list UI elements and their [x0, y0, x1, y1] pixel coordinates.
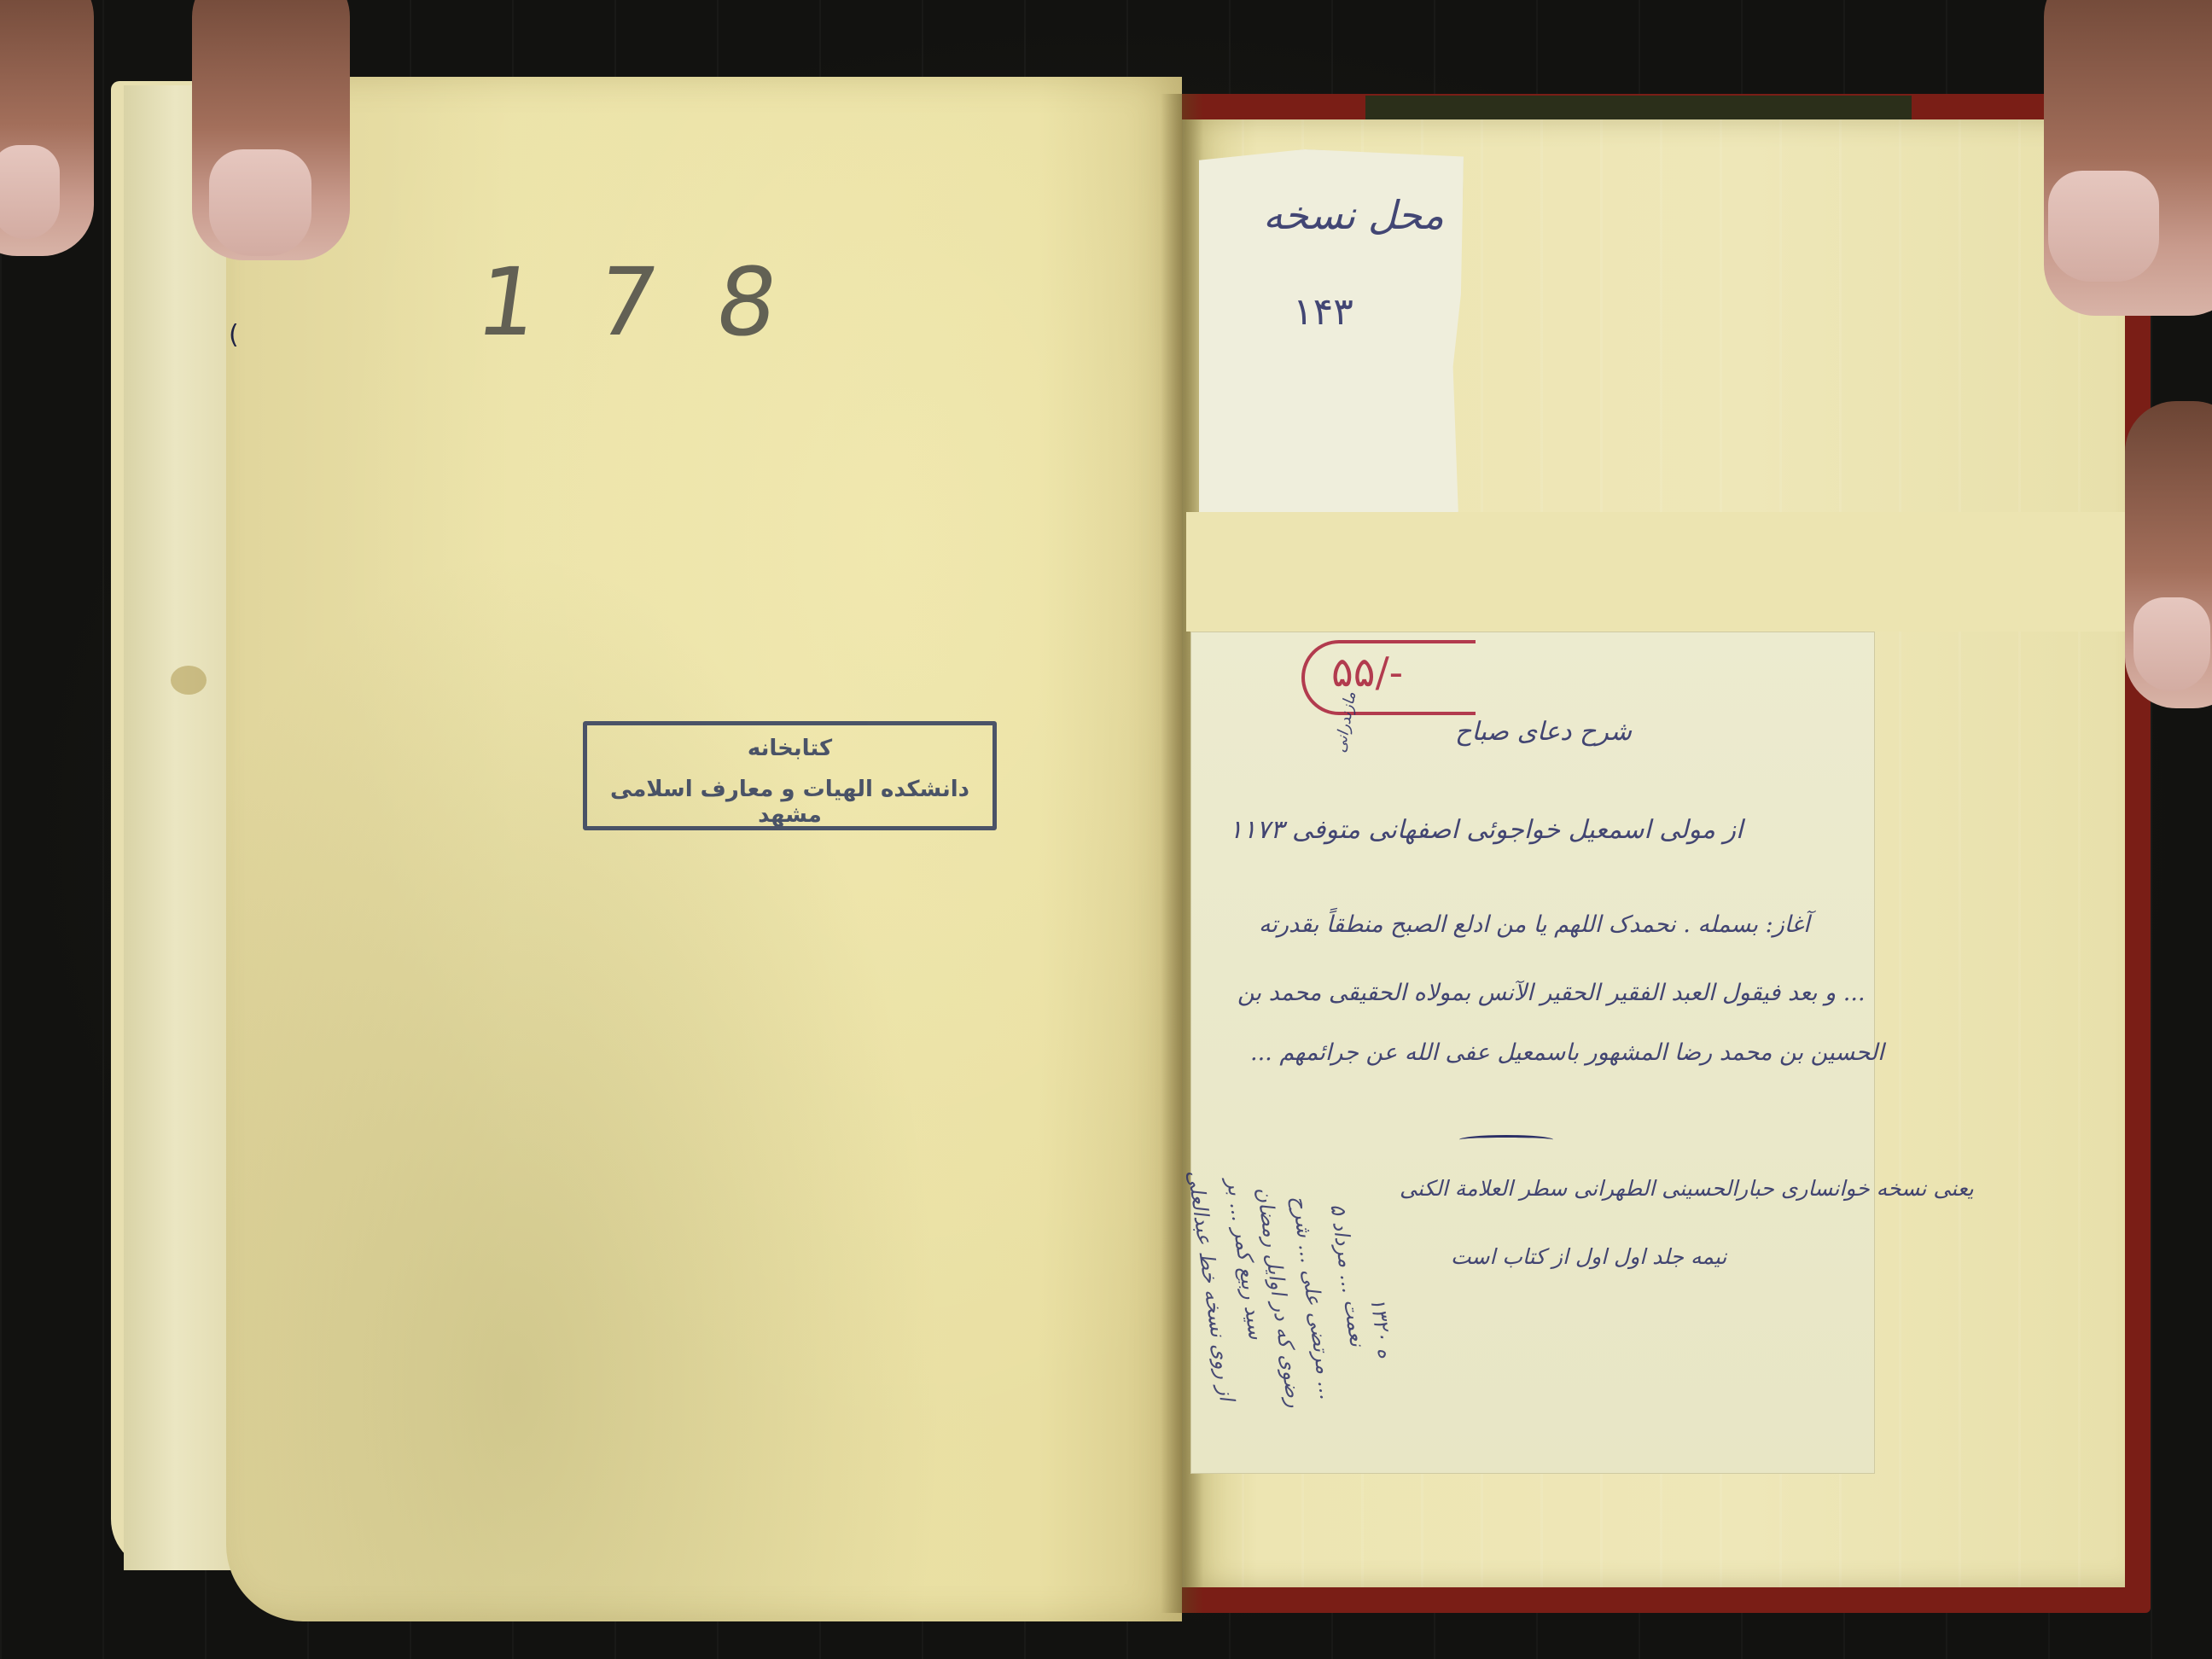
author-line: از مولی اسمعیل خواجوئی اصفهانی متوفی ۱۱۷… [1229, 815, 1743, 845]
right-fingernail [2133, 597, 2210, 691]
pasted-strip [1186, 512, 2125, 632]
location-label: محل نسخه [1263, 192, 1444, 238]
margin-mark: ( [229, 320, 239, 350]
pencil-shelf-number: 178 [470, 247, 844, 357]
right-thumbnail [2048, 171, 2159, 282]
incipit-line-3: الحسین بن محمد رضا المشهور باسمعیل عفی ا… [1250, 1039, 1884, 1066]
note-line-1: یعنی نسخه خوانساری حبارالحسینی الطهرانی … [1400, 1176, 1974, 1201]
paper-stain [171, 666, 207, 695]
photo-scene: ( 178 کتابخانه دانشکده الهیات و معارف اس… [0, 0, 2212, 1659]
separator-squiggle [1459, 1135, 1553, 1144]
left-thumbnail [209, 149, 311, 256]
location-number: ۱۴۳ [1293, 290, 1353, 334]
incipit-line-1: آغاز: بسمله . نحمدک اللهم یا من ادلع الص… [1259, 911, 1810, 938]
incipit-line-2: ... و بعد فیقول العبد الفقیر الحقیر الآن… [1237, 980, 1866, 1006]
stamp-line-faculty: دانشکده الهیات و معارف اسلامی مشهد [587, 777, 992, 828]
note-line-2: نیمه جلد اول اول از کتاب است [1451, 1244, 1726, 1269]
left-fingernail-1 [0, 145, 60, 239]
red-catalog-number: ۵۵/- [1331, 649, 1403, 696]
card-title: شرح دعای صباح [1455, 717, 1632, 747]
vertical-note-6: ۱۳۲۰ ه [1365, 1295, 1398, 1359]
stamp-line-library: کتابخانه [587, 736, 992, 761]
vertical-margin-note: از روی نسخه خط عبدالعلی سید ربیع کمر ...… [1195, 1152, 1451, 1451]
library-stamp: کتابخانه دانشکده الهیات و معارف اسلامی م… [583, 721, 997, 830]
vertical-note-5: نعمت ... مرداد ۵ [1325, 1202, 1369, 1348]
